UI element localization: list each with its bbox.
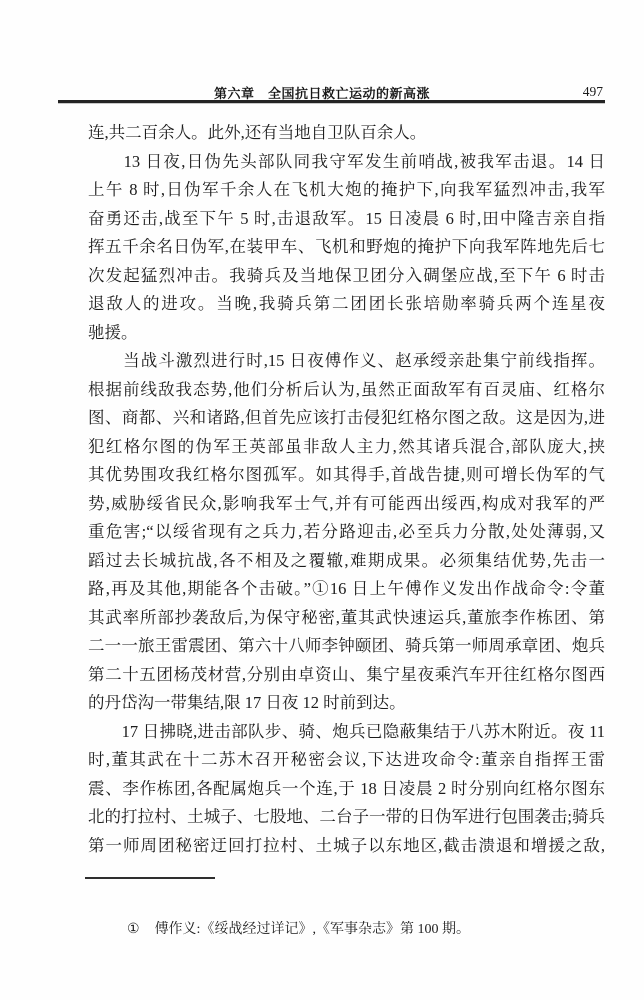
text-line: 连,共二百余人。此外,还有当地自卫队百余人。 — [88, 119, 605, 148]
footnote-text: 傅作义:《绥战经过详记》,《军事杂志》第 100 期。 — [155, 922, 470, 937]
text-line: 根据前线敌我态势,他们分析后认为,虽然正面敌军有百灵庙、红格尔 — [88, 376, 605, 405]
paragraph: 当战斗激烈进行时,15 日夜傅作义、赵承绶亲赴集宁前线指挥。根据前线敌我态势,他… — [88, 347, 605, 718]
paragraph: 13 日夜,日伪先头部队同我守军发生前哨战,被我军击退。14 日上午 8 时,日… — [88, 148, 605, 348]
text-line: 奋勇还击,战至下午 5 时,击退敌军。15 日凌晨 6 时,田中隆吉亲自指 — [88, 205, 605, 234]
text-line: 挥五千余名日伪军,在装甲车、飞机和野炮的掩护下向我军阵地先后七 — [88, 233, 605, 262]
text-line: 犯红格尔图的伪军王英部虽非敌人主力,然其诸兵混合,部队庞大,挟 — [88, 433, 605, 462]
text-line: 北的打拉村、土城子、七股地、二台子一带的日伪军进行包围袭击;骑兵 — [88, 803, 605, 832]
text-line: 驰援。 — [88, 319, 605, 348]
text-line: 当战斗激烈进行时,15 日夜傅作义、赵承绶亲赴集宁前线指挥。 — [88, 347, 605, 376]
footnote-divider — [85, 877, 215, 879]
text-line: 第二十五团杨茂材营,分别由卓资山、集宁星夜乘汽车开往红格尔图西 — [88, 661, 605, 690]
text-line: 时,董其武在十二苏木召开秘密会议,下达进攻命令:董亲自指挥王雷 — [88, 746, 605, 775]
text-line: 第一师周团秘密迂回打拉村、土城子以东地区,截击溃退和增援之敌, — [88, 832, 605, 861]
text-line: 蹈过去长城抗战,各不相及之覆辙,难期成果。必须集结优势,先击一 — [88, 547, 605, 576]
running-head-chapter-title: 第六章 全国抗日救亡运动的新高涨 — [214, 86, 430, 101]
paragraph: 17 日拂晓,进击部队步、骑、炮兵已隐蔽集结于八苏木附近。夜 11时,董其武在十… — [88, 718, 605, 861]
header-rule — [58, 100, 605, 103]
text-line: 其武率所部抄袭敌后,为保守秘密,董其武快速运兵,董旅李作栋团、第 — [88, 604, 605, 633]
page-number: 497 — [583, 84, 603, 100]
text-line: 17 日拂晓,进击部队步、骑、炮兵已隐蔽集结于八苏木附近。夜 11 — [88, 718, 605, 747]
text-line: 其优势围攻我红格尔图孤军。如其得手,首战告捷,则可增长伪军的气 — [88, 461, 605, 490]
text-line: 二一一旅王雷震团、第六十八师李钟颐团、骑兵第一师周承章团、炮兵 — [88, 632, 605, 661]
text-line: 势,威胁绥省民众,影响我军士气,并有可能西出绥西,构成对我军的严 — [88, 490, 605, 519]
text-line: 重危害;“以绥省现有之兵力,若分路迎击,必至兵力分散,处处薄弱,又 — [88, 518, 605, 547]
text-line: 路,再及其他,期能各个击破。”①16 日上午傅作义发出作战命令:令董 — [88, 575, 605, 604]
footnote-marker: ① — [127, 922, 140, 937]
paragraph: 连,共二百余人。此外,还有当地自卫队百余人。 — [88, 119, 605, 148]
footnote: ①傅作义:《绥战经过详记》,《军事杂志》第 100 期。 — [113, 897, 605, 963]
text-line: 上午 8 时,日伪军千余人在飞机大炮的掩护下,向我军猛烈冲击,我军 — [88, 176, 605, 205]
text-line: 退敌人的进攻。当晚,我骑兵第二团团长张培勋率骑兵两个连星夜 — [88, 290, 605, 319]
text-line: 图、商都、兴和诸路,但首先应该打击侵犯红格尔图之敌。这是因为,进 — [88, 404, 605, 433]
text-line: 13 日夜,日伪先头部队同我守军发生前哨战,被我军击退。14 日 — [88, 148, 605, 177]
text-line: 的丹岱沟一带集结,限 17 日夜 12 时前到达。 — [88, 689, 605, 718]
text-line: 震、李作栋团,各配属炮兵一个连,于 18 日凌晨 2 时分别向红格尔图东 — [88, 775, 605, 804]
text-line: 次发起猛烈冲击。我骑兵及当地保卫团分入碉堡应战,至下午 6 时击 — [88, 262, 605, 291]
body-text: 连,共二百余人。此外,还有当地自卫队百余人。 13 日夜,日伪先头部队同我守军发… — [88, 119, 605, 860]
book-page: 第六章 全国抗日救亡运动的新高涨 497 连,共二百余人。此外,还有当地自卫队百… — [0, 0, 644, 1000]
